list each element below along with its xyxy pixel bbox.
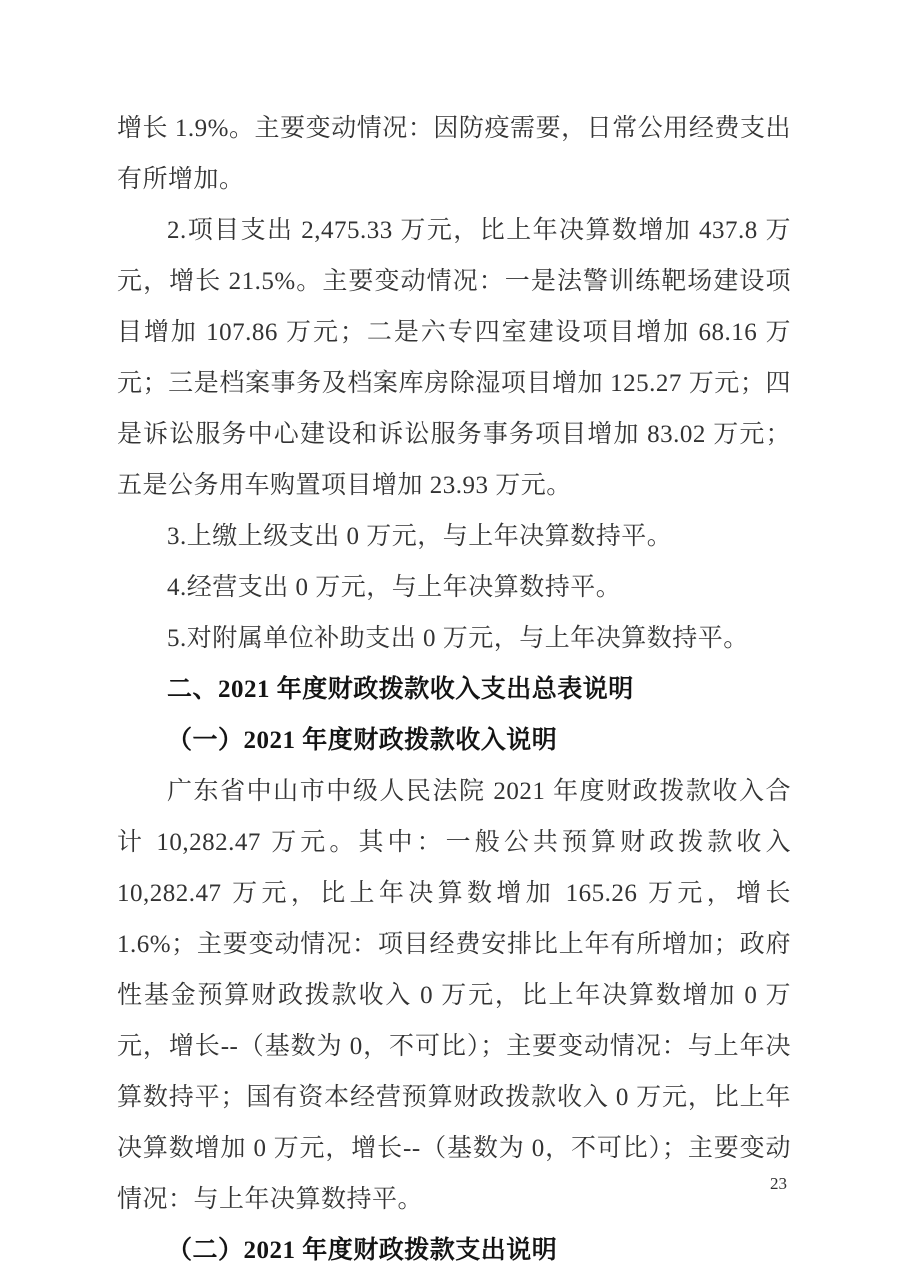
paragraph-fiscal-income-detail: 广东省中山市中级人民法院 2021 年度财政拨款收入合计 10,282.47 万… bbox=[117, 766, 791, 1225]
paragraph-upward-remittance: 3.上缴上级支出 0 万元，与上年决算数持平。 bbox=[117, 511, 791, 562]
paragraph-operating-expenditure: 4.经营支出 0 万元，与上年决算数持平。 bbox=[117, 562, 791, 613]
subsection-heading-fiscal-income: （一）2021 年度财政拨款收入说明 bbox=[117, 715, 791, 766]
paragraph-subsidy-to-affiliates: 5.对附属单位补助支出 0 万元，与上年决算数持平。 bbox=[117, 613, 791, 664]
paragraph-project-expenditure: 2.项目支出 2,475.33 万元，比上年决算数增加 437.8 万元，增长 … bbox=[117, 205, 791, 511]
paragraph-daily-expense-change: 增长 1.9%。主要变动情况：因防疫需要，日常公用经费支出有所增加。 bbox=[117, 103, 791, 205]
page-number: 23 bbox=[770, 1174, 787, 1194]
document-page: 增长 1.9%。主要变动情况：因防疫需要，日常公用经费支出有所增加。 2.项目支… bbox=[0, 0, 899, 1273]
subsection-heading-fiscal-expenditure: （二）2021 年度财政拨款支出说明 bbox=[117, 1225, 791, 1273]
section-heading-fiscal-appropriation-summary: 二、2021 年度财政拨款收入支出总表说明 bbox=[117, 664, 791, 715]
